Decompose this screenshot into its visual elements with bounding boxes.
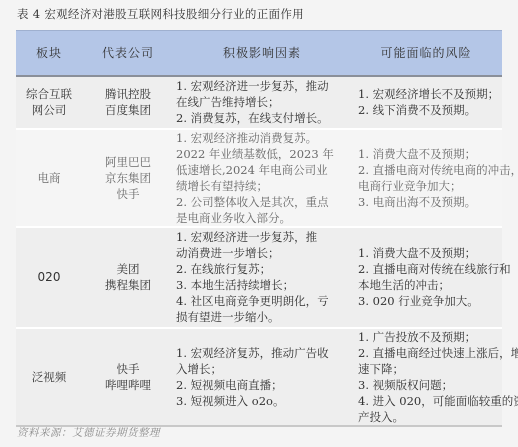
positives-cell: 1. 宏观经济进一步复苏，推动 在线广告维持增长； 2. 消费复苏，在线支付增长…: [174, 76, 350, 129]
positives-cell: 1. 宏观经济复苏，推动广告收 入增长； 2. 短视频电商直播； 3. 短视频进…: [174, 328, 350, 426]
table-row: 泛视频 快手 哔哩哔哩 1. 宏观经济复苏，推动广告收 入增长； 2. 短视频电…: [16, 328, 502, 426]
header-risks: 可能面临的风险: [350, 31, 502, 76]
companies-cell: 美团 携程集团: [82, 227, 174, 328]
companies-cell: 阿里巴巴 京东集团 快手: [82, 129, 174, 227]
table-row: 020 美团 携程集团 1. 宏观经济进一步复苏，推 动消费进一步增长； 2. …: [16, 227, 502, 328]
header-positives: 积极影响因素: [174, 31, 350, 76]
table-header-row: 板块 代表公司 积极影响因素 可能面临的风险: [16, 31, 502, 76]
risks-cell: 1. 消费大盘不及预期； 2. 直播电商对传统电商的冲击， 电商行业竞争加大； …: [350, 129, 502, 227]
sector-cell: 综合互联 网公司: [16, 76, 82, 129]
table-caption: 表 4 宏观经济对港股互联网科技股细分行业的正面作用: [17, 6, 304, 22]
table-row: 电商 阿里巴巴 京东集团 快手 1. 宏观经济推动消费复苏。 2022 年业绩基…: [16, 129, 502, 227]
industry-impact-table: 板块 代表公司 积极影响因素 可能面临的风险 综合互联 网公司 腾讯控股 百度集…: [16, 30, 502, 427]
risks-cell: 1. 宏观经济增长不及预期； 2. 线下消费不及预期。: [350, 76, 502, 129]
positives-cell: 1. 宏观经济推动消费复苏。 2022 年业绩基数低，2023 年 低速增长,2…: [174, 129, 350, 227]
risks-cell: 1. 消费大盘不及预期； 2. 直播电商对传统在线旅行和 本地生活的冲击； 3.…: [350, 227, 502, 328]
header-companies: 代表公司: [82, 31, 174, 76]
positives-cell: 1. 宏观经济进一步复苏，推 动消费进一步增长； 2. 在线旅行复苏； 3. 本…: [174, 227, 350, 328]
table-row: 综合互联 网公司 腾讯控股 百度集团 1. 宏观经济进一步复苏，推动 在线广告维…: [16, 76, 502, 129]
sector-cell: 020: [16, 227, 82, 328]
sector-cell: 电商: [16, 129, 82, 227]
sector-cell: 泛视频: [16, 328, 82, 426]
source-note: 资料来源：艾德证券期货整理: [17, 425, 160, 440]
companies-cell: 快手 哔哩哔哩: [82, 328, 174, 426]
header-sector: 板块: [16, 31, 82, 76]
companies-cell: 腾讯控股 百度集团: [82, 76, 174, 129]
risks-cell: 1. 广告投放不及预期； 2. 直播电商经过快速上涨后，增 速下降； 3. 视频…: [350, 328, 502, 426]
